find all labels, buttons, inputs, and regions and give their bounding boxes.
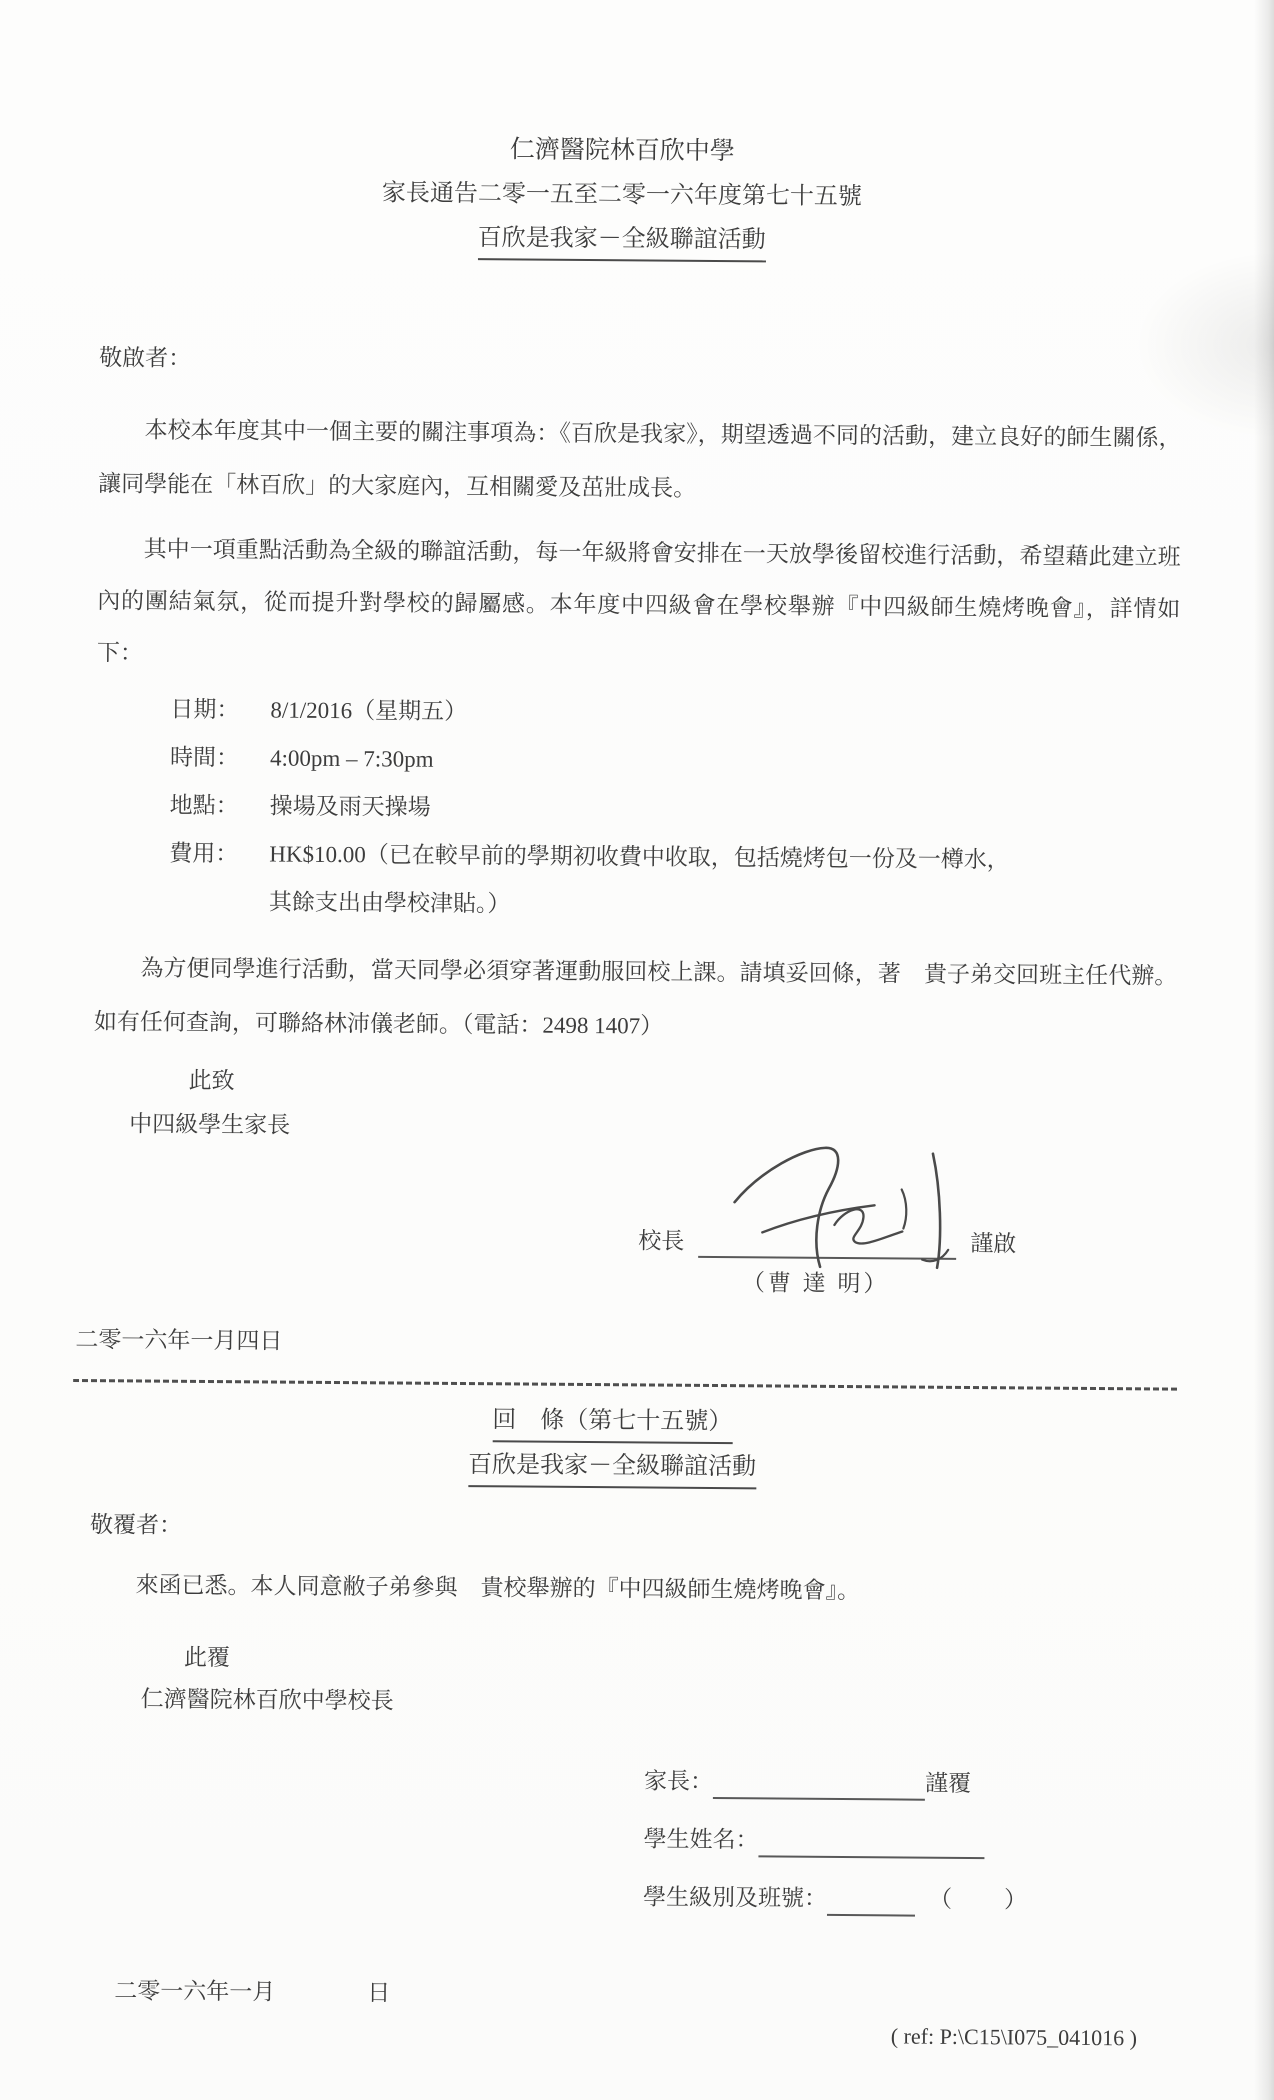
detail-label-fee: 費用： <box>169 830 270 927</box>
file-reference: ( ref: P:\C15\I075_041016 ) <box>86 2014 1137 2054</box>
student-name-write-line <box>758 1825 984 1859</box>
detail-value-date: 8/1/2016（星期五） <box>270 687 1179 742</box>
tear-off-divider <box>73 1379 1178 1391</box>
parent-write-line <box>713 1767 925 1801</box>
reply-title-text: 回 條（第七十五號） <box>492 1403 732 1444</box>
detail-row-fee: 費用： HK$10.00（已在較早前的學期初收費中收取，包括燒烤包一份及一樽水，… <box>169 830 1179 934</box>
scan-content: 仁濟醫院林百欣中學 家長通告二零一五至二零一六年度第七十五號 百欣是我家－全級聯… <box>0 0 1274 2055</box>
event-details-list: 日期： 8/1/2016（星期五） 時間： 4:00pm – 7:30pm 地點… <box>169 686 1180 934</box>
reply-subtitle-text: 百欣是我家－全級聯誼活動 <box>468 1448 756 1489</box>
reply-salutation: 敬覆者： <box>90 1508 1173 1551</box>
reply-closing: 此覆 <box>184 1641 1172 1683</box>
reply-addressee: 仁濟醫院林百欣中學校長 <box>141 1683 1172 1725</box>
principal-signature-image <box>716 1140 967 1272</box>
detail-value-venue: 操場及雨天操場 <box>269 783 1178 838</box>
school-name: 仁濟醫院林百欣中學 <box>101 130 1144 172</box>
notice-subject: 百欣是我家－全級聯誼活動 <box>100 218 1143 265</box>
notice-number-line: 家長通告二零一五至二零一六年度第七十五號 <box>100 174 1143 216</box>
parent-field-row: 家長： 謹覆 <box>644 1764 1171 1802</box>
class-label: 學生級別及班號： <box>643 1880 827 1915</box>
addressee: 中四級學生家長 <box>129 1107 1176 1149</box>
reply-title: 回 條（第七十五號） <box>91 1400 1134 1447</box>
student-name-field-row: 學生姓名： <box>643 1822 1170 1860</box>
principal-label: 校長 <box>638 1225 684 1257</box>
parent-suffix: 謹覆 <box>925 1767 971 1801</box>
signature-line <box>698 1224 956 1260</box>
parent-label: 家長： <box>644 1764 713 1799</box>
closing-cizhi: 此致 <box>188 1064 1176 1106</box>
reply-form-fields: 家長： 謹覆 學生姓名： 學生級別及班號： （ ） <box>643 1764 1171 1918</box>
respectfully-label: 謹啟 <box>970 1228 1016 1260</box>
class-field-row: 學生級別及班號： （ ） <box>643 1880 1170 1918</box>
detail-label-date: 日期： <box>170 686 270 735</box>
class-number-parens: （ ） <box>929 1883 1029 1918</box>
reply-paragraph: 來函已悉。本人同意敝子弟參與 貴校舉辦的『中四級師生燒烤晚會』。 <box>89 1558 1172 1621</box>
paragraph-3: 為方便同學進行活動，當天同學必須穿著運動服回校上課。請填妥回條，著 貴子弟交回班… <box>94 941 1178 1058</box>
detail-value-time: 4:00pm – 7:30pm <box>270 735 1179 790</box>
detail-row-date: 日期： 8/1/2016（星期五） <box>170 686 1179 742</box>
notice-heading: 仁濟醫院林百欣中學 家長通告二零一五至二零一六年度第七十五號 百欣是我家－全級聯… <box>100 0 1145 265</box>
scan-edge-shadow <box>1254 0 1274 2100</box>
salutation: 敬啟者： <box>99 341 1182 384</box>
reply-subtitle: 百欣是我家－全級聯誼活動 <box>90 1445 1133 1492</box>
reply-slip: 回 條（第七十五號） 百欣是我家－全級聯誼活動 敬覆者： 來函已悉。本人同意敝子… <box>86 1400 1174 2054</box>
scanned-notice-page: 仁濟醫院林百欣中學 家長通告二零一五至二零一六年度第七十五號 百欣是我家－全級聯… <box>0 0 1274 2100</box>
detail-value-fee: HK$10.00（已在較早前的學期初收費中收取，包括燒烤包一份及一樽水， 其餘支… <box>269 831 1179 934</box>
reply-date: 二零一六年一月 日 <box>114 1974 1169 2016</box>
letter-date: 二零一六年一月四日 <box>75 1323 1174 1366</box>
detail-row-venue: 地點： 操場及雨天操場 <box>169 782 1178 838</box>
student-name-label: 學生姓名： <box>643 1822 758 1857</box>
detail-label-venue: 地點： <box>169 782 269 831</box>
notice-subject-text: 百欣是我家－全級聯誼活動 <box>477 221 765 262</box>
paragraph-2: 其中一項重點活動為全級的聯誼活動，每一年級將會安排在一天放學後留校進行活動，希望… <box>97 523 1181 688</box>
paragraph-1: 本校本年度其中一個主要的關注事項為：《百欣是我家》，期望透過不同的活動，建立良好… <box>98 403 1182 520</box>
class-write-line <box>827 1884 915 1917</box>
detail-label-time: 時間： <box>170 734 270 783</box>
reply-heading: 回 條（第七十五號） 百欣是我家－全級聯誼活動 <box>90 1400 1134 1492</box>
principal-signature-row: 校長 謹啟 <box>638 1223 1198 1261</box>
detail-row-time: 時間： 4:00pm – 7:30pm <box>170 734 1179 790</box>
scan-page-curl-shadow <box>1134 250 1274 440</box>
